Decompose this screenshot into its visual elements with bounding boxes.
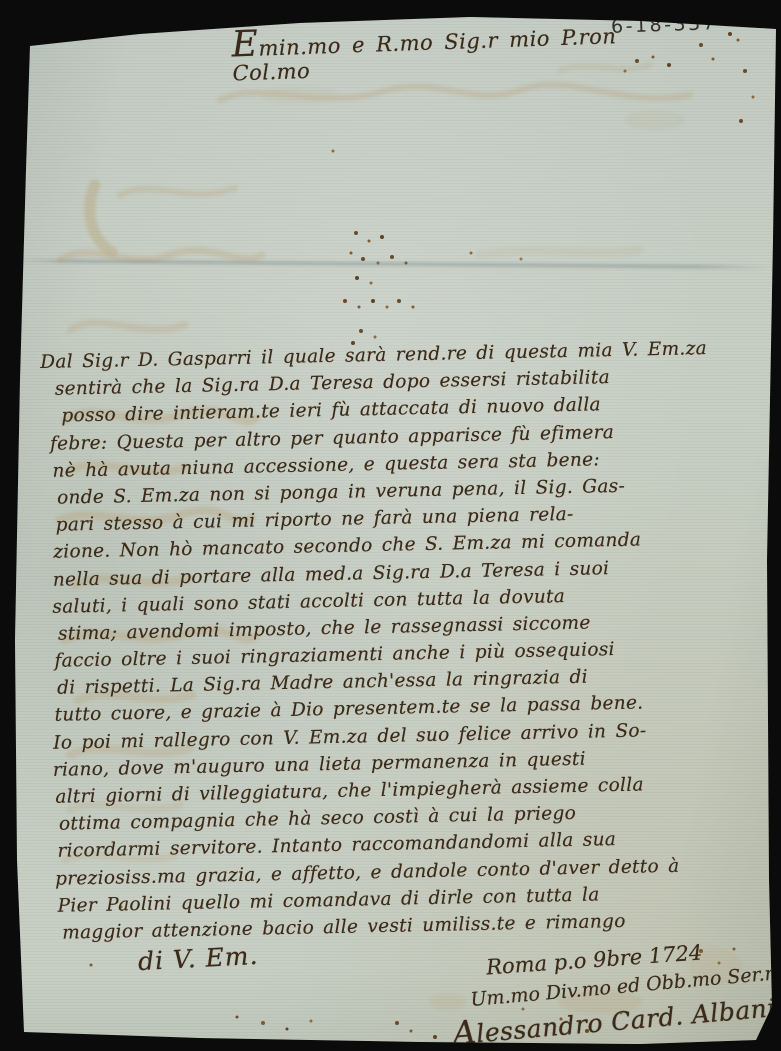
foxing-spots — [0, 0, 2, 2]
letter-page: 6-18-337 Emin.mo e R.mo Sig.r mio P.ron … — [0, 0, 781, 1051]
scanned-letter: 6-18-337 Emin.mo e R.mo Sig.r mio P.ron … — [0, 0, 781, 1051]
letter-body: Dal Sig.r D. Gasparri il quale sarà rend… — [40, 334, 768, 947]
